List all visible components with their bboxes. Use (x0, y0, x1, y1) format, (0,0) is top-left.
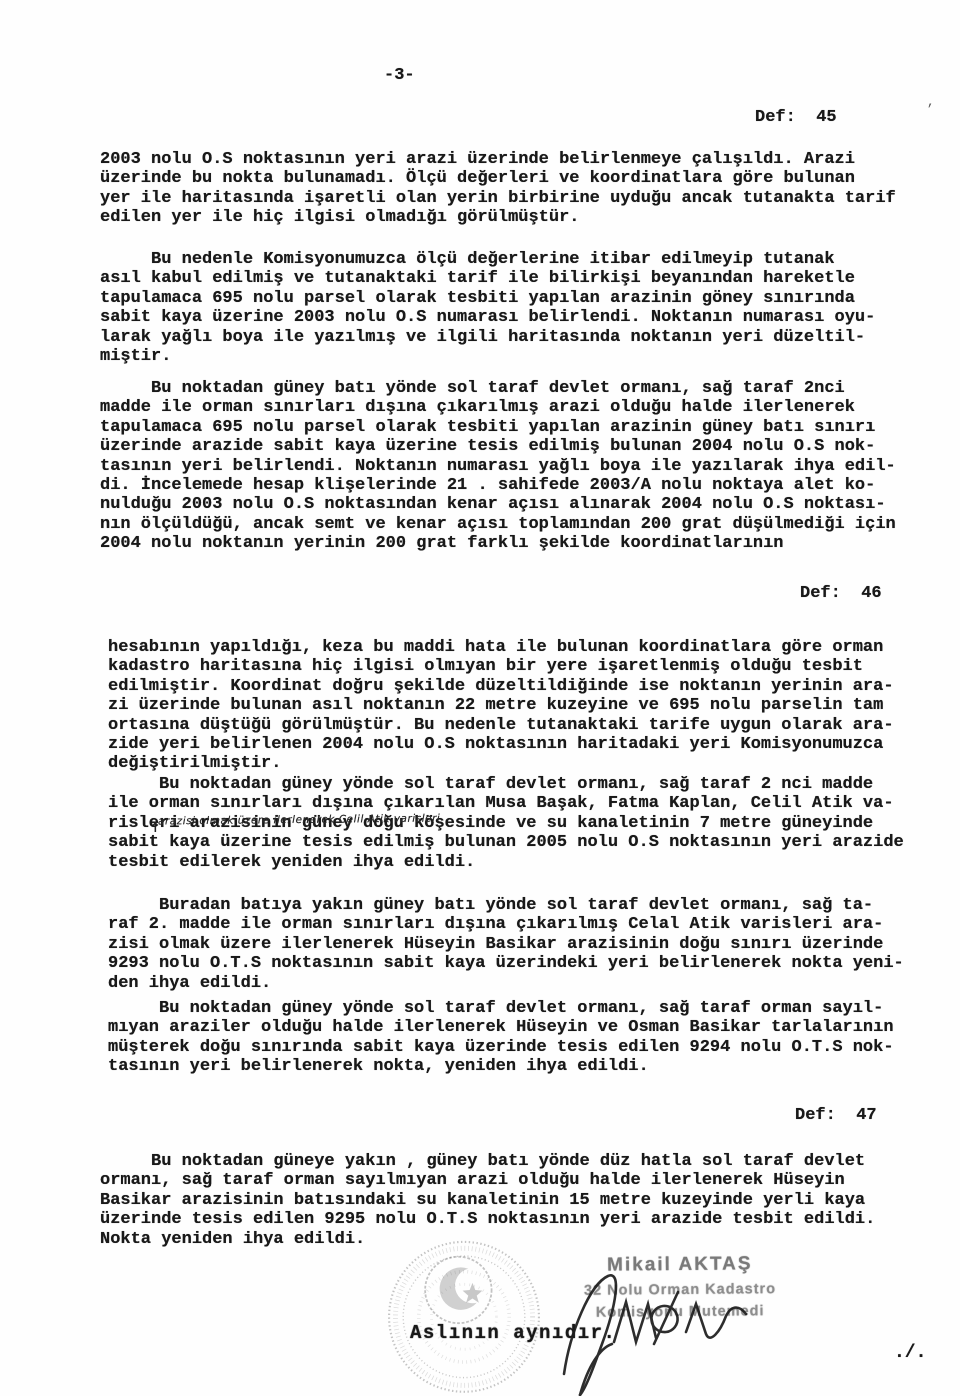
paragraph-point-9293: Buradan batıya yakın güney batı yönde so… (108, 896, 904, 993)
official-round-seal-icon (348, 1232, 580, 1396)
insertion-caret-mark: ↑ (150, 821, 161, 836)
paragraph-commission-decision: Bu nedenle Komisyonumuzca ölçü değerleri… (100, 250, 875, 366)
def-46-label: Def: 46 (800, 584, 882, 603)
scanned-document-page: -3- ’ Def: 45 2003 nolu O.S noktasının y… (0, 0, 960, 1396)
paragraph-point-9294: Bu noktadan güney yönde sol taraf devlet… (108, 999, 894, 1077)
def-45-label: Def: 45 (755, 108, 837, 127)
paragraph-point-2003: 2003 nolu O.S noktasının yeri arazi üzer… (100, 150, 896, 228)
end-of-page-mark: ./. (894, 1344, 926, 1363)
signature-icon (548, 1248, 758, 1396)
stray-mark: ’ (926, 100, 934, 119)
paragraph-coordinate-correction: hesabının yapıldığı, keza bu maddi hata … (108, 638, 894, 774)
def-47-label: Def: 47 (795, 1106, 877, 1125)
paragraph-point-2004: Bu noktadan güney batı yönde sol taraf d… (100, 379, 896, 554)
page-number: -3- (384, 66, 415, 85)
